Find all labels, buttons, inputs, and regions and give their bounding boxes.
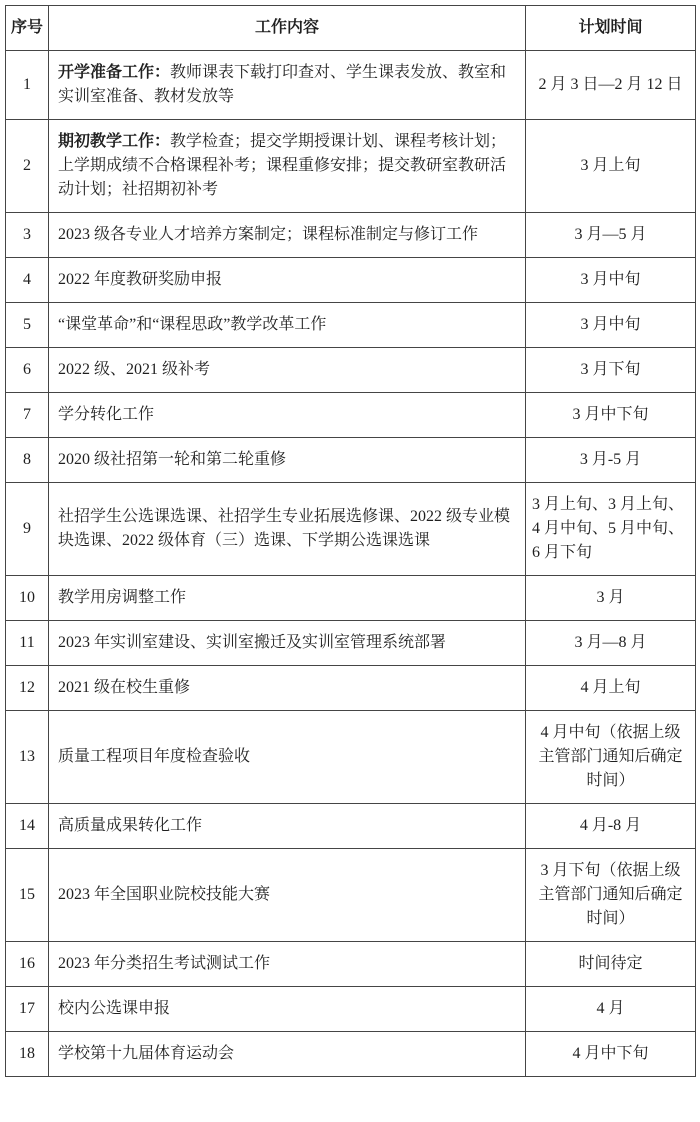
- work-content: 学分转化工作: [49, 393, 526, 438]
- planned-time: 4 月中下旬: [526, 1032, 696, 1077]
- table-row: 17 校内公选课申报 4 月: [6, 987, 696, 1032]
- planned-time: 4 月-8 月: [526, 804, 696, 849]
- work-content: 期初教学工作：教学检查；提交学期授课计划、课程考核计划；上学期成绩不合格课程补考…: [49, 120, 526, 213]
- work-content-text: “课堂革命”和“课程思政”教学改革工作: [58, 316, 326, 333]
- work-content: 开学准备工作：教师课表下载打印查对、学生课表发放、教室和实训室准备、教材发放等: [49, 51, 526, 120]
- work-content-text: 2021 级在校生重修: [58, 679, 190, 696]
- header-cell-time: 计划时间: [526, 6, 696, 51]
- work-content-text: 2022 年度教研奖励申报: [58, 271, 222, 288]
- work-content: 2022 年度教研奖励申报: [49, 258, 526, 303]
- work-content-text: 2023 年实训室建设、实训室搬迁及实训室管理系统部署: [58, 634, 446, 651]
- header-row: 序号 工作内容 计划时间: [6, 6, 696, 51]
- row-number: 13: [6, 711, 49, 804]
- work-content: 2023 年分类招生考试测试工作: [49, 942, 526, 987]
- work-content: 校内公选课申报: [49, 987, 526, 1032]
- planned-time: 3 月上旬、3 月上旬、4 月中旬、5 月中旬、6 月下旬: [526, 483, 696, 576]
- work-content-lead: 期初教学工作：: [58, 133, 170, 150]
- work-content-text: 2022 级、2021 级补考: [58, 361, 210, 378]
- row-number: 10: [6, 576, 49, 621]
- table-row: 1 开学准备工作：教师课表下载打印查对、学生课表发放、教室和实训室准备、教材发放…: [6, 51, 696, 120]
- row-number: 3: [6, 213, 49, 258]
- table-row: 18 学校第十九届体育运动会 4 月中下旬: [6, 1032, 696, 1077]
- planned-time: 4 月: [526, 987, 696, 1032]
- header-cell-content: 工作内容: [49, 6, 526, 51]
- header-cell-number: 序号: [6, 6, 49, 51]
- row-number: 16: [6, 942, 49, 987]
- work-content-text: 2023 级各专业人才培养方案制定；课程标准制定与修订工作: [58, 226, 478, 243]
- table-row: 3 2023 级各专业人才培养方案制定；课程标准制定与修订工作 3 月—5 月: [6, 213, 696, 258]
- work-content-text: 社招学生公选课选课、社招学生专业拓展选修课、2022 级专业模块选课、2022 …: [58, 508, 510, 549]
- work-content-lead: 开学准备工作：: [58, 64, 170, 81]
- planned-time: 3 月中下旬: [526, 393, 696, 438]
- table-row: 14 高质量成果转化工作 4 月-8 月: [6, 804, 696, 849]
- table-row: 2 期初教学工作：教学检查；提交学期授课计划、课程考核计划；上学期成绩不合格课程…: [6, 120, 696, 213]
- table-row: 6 2022 级、2021 级补考 3 月下旬: [6, 348, 696, 393]
- page: 序号 工作内容 计划时间 1 开学准备工作：教师课表下载打印查对、学生课表发放、…: [0, 0, 700, 1079]
- work-content: 2023 年全国职业院校技能大赛: [49, 849, 526, 942]
- table-row: 12 2021 级在校生重修 4 月上旬: [6, 666, 696, 711]
- row-number: 18: [6, 1032, 49, 1077]
- table-row: 16 2023 年分类招生考试测试工作 时间待定: [6, 942, 696, 987]
- table-row: 8 2020 级社招第一轮和第二轮重修 3 月-5 月: [6, 438, 696, 483]
- planned-time: 时间待定: [526, 942, 696, 987]
- table-row: 13 质量工程项目年度检查验收 4 月中旬（依据上级主管部门通知后确定时间）: [6, 711, 696, 804]
- row-number: 4: [6, 258, 49, 303]
- work-content-text: 高质量成果转化工作: [58, 817, 202, 834]
- table-row: 4 2022 年度教研奖励申报 3 月中旬: [6, 258, 696, 303]
- work-content-text: 学校第十九届体育运动会: [58, 1045, 234, 1062]
- row-number: 7: [6, 393, 49, 438]
- planned-time: 3 月下旬: [526, 348, 696, 393]
- planned-time: 3 月下旬（依据上级主管部门通知后确定时间）: [526, 849, 696, 942]
- work-content-text: 校内公选课申报: [58, 1000, 170, 1017]
- planned-time: 3 月—8 月: [526, 621, 696, 666]
- work-content-text: 教学用房调整工作: [58, 589, 186, 606]
- work-content: “课堂革命”和“课程思政”教学改革工作: [49, 303, 526, 348]
- work-content-text: 学分转化工作: [58, 406, 154, 423]
- row-number: 17: [6, 987, 49, 1032]
- planned-time: 3 月-5 月: [526, 438, 696, 483]
- planned-time: 3 月中旬: [526, 303, 696, 348]
- work-plan-table: 序号 工作内容 计划时间 1 开学准备工作：教师课表下载打印查对、学生课表发放、…: [5, 5, 696, 1077]
- table-row: 7 学分转化工作 3 月中下旬: [6, 393, 696, 438]
- row-number: 6: [6, 348, 49, 393]
- work-content: 2023 级各专业人才培养方案制定；课程标准制定与修订工作: [49, 213, 526, 258]
- work-content: 2021 级在校生重修: [49, 666, 526, 711]
- work-content: 学校第十九届体育运动会: [49, 1032, 526, 1077]
- row-number: 9: [6, 483, 49, 576]
- work-content: 质量工程项目年度检查验收: [49, 711, 526, 804]
- planned-time: 4 月上旬: [526, 666, 696, 711]
- planned-time: 3 月: [526, 576, 696, 621]
- planned-time: 3 月—5 月: [526, 213, 696, 258]
- work-content: 2020 级社招第一轮和第二轮重修: [49, 438, 526, 483]
- row-number: 11: [6, 621, 49, 666]
- work-content: 社招学生公选课选课、社招学生专业拓展选修课、2022 级专业模块选课、2022 …: [49, 483, 526, 576]
- work-content-text: 2023 年全国职业院校技能大赛: [58, 886, 270, 903]
- work-content: 2022 级、2021 级补考: [49, 348, 526, 393]
- row-number: 1: [6, 51, 49, 120]
- work-content: 教学用房调整工作: [49, 576, 526, 621]
- table-row: 9 社招学生公选课选课、社招学生专业拓展选修课、2022 级专业模块选课、202…: [6, 483, 696, 576]
- table-row: 15 2023 年全国职业院校技能大赛 3 月下旬（依据上级主管部门通知后确定时…: [6, 849, 696, 942]
- row-number: 8: [6, 438, 49, 483]
- row-number: 14: [6, 804, 49, 849]
- work-content: 2023 年实训室建设、实训室搬迁及实训室管理系统部署: [49, 621, 526, 666]
- work-content-text: 质量工程项目年度检查验收: [58, 748, 250, 765]
- row-number: 12: [6, 666, 49, 711]
- planned-time: 2 月 3 日—2 月 12 日: [526, 51, 696, 120]
- table-row: 11 2023 年实训室建设、实训室搬迁及实训室管理系统部署 3 月—8 月: [6, 621, 696, 666]
- row-number: 15: [6, 849, 49, 942]
- row-number: 5: [6, 303, 49, 348]
- work-content: 高质量成果转化工作: [49, 804, 526, 849]
- planned-time: 4 月中旬（依据上级主管部门通知后确定时间）: [526, 711, 696, 804]
- table-row: 10 教学用房调整工作 3 月: [6, 576, 696, 621]
- table-row: 5 “课堂革命”和“课程思政”教学改革工作 3 月中旬: [6, 303, 696, 348]
- row-number: 2: [6, 120, 49, 213]
- work-content-text: 2023 年分类招生考试测试工作: [58, 955, 270, 972]
- planned-time: 3 月上旬: [526, 120, 696, 213]
- work-content-text: 2020 级社招第一轮和第二轮重修: [58, 451, 286, 468]
- planned-time: 3 月中旬: [526, 258, 696, 303]
